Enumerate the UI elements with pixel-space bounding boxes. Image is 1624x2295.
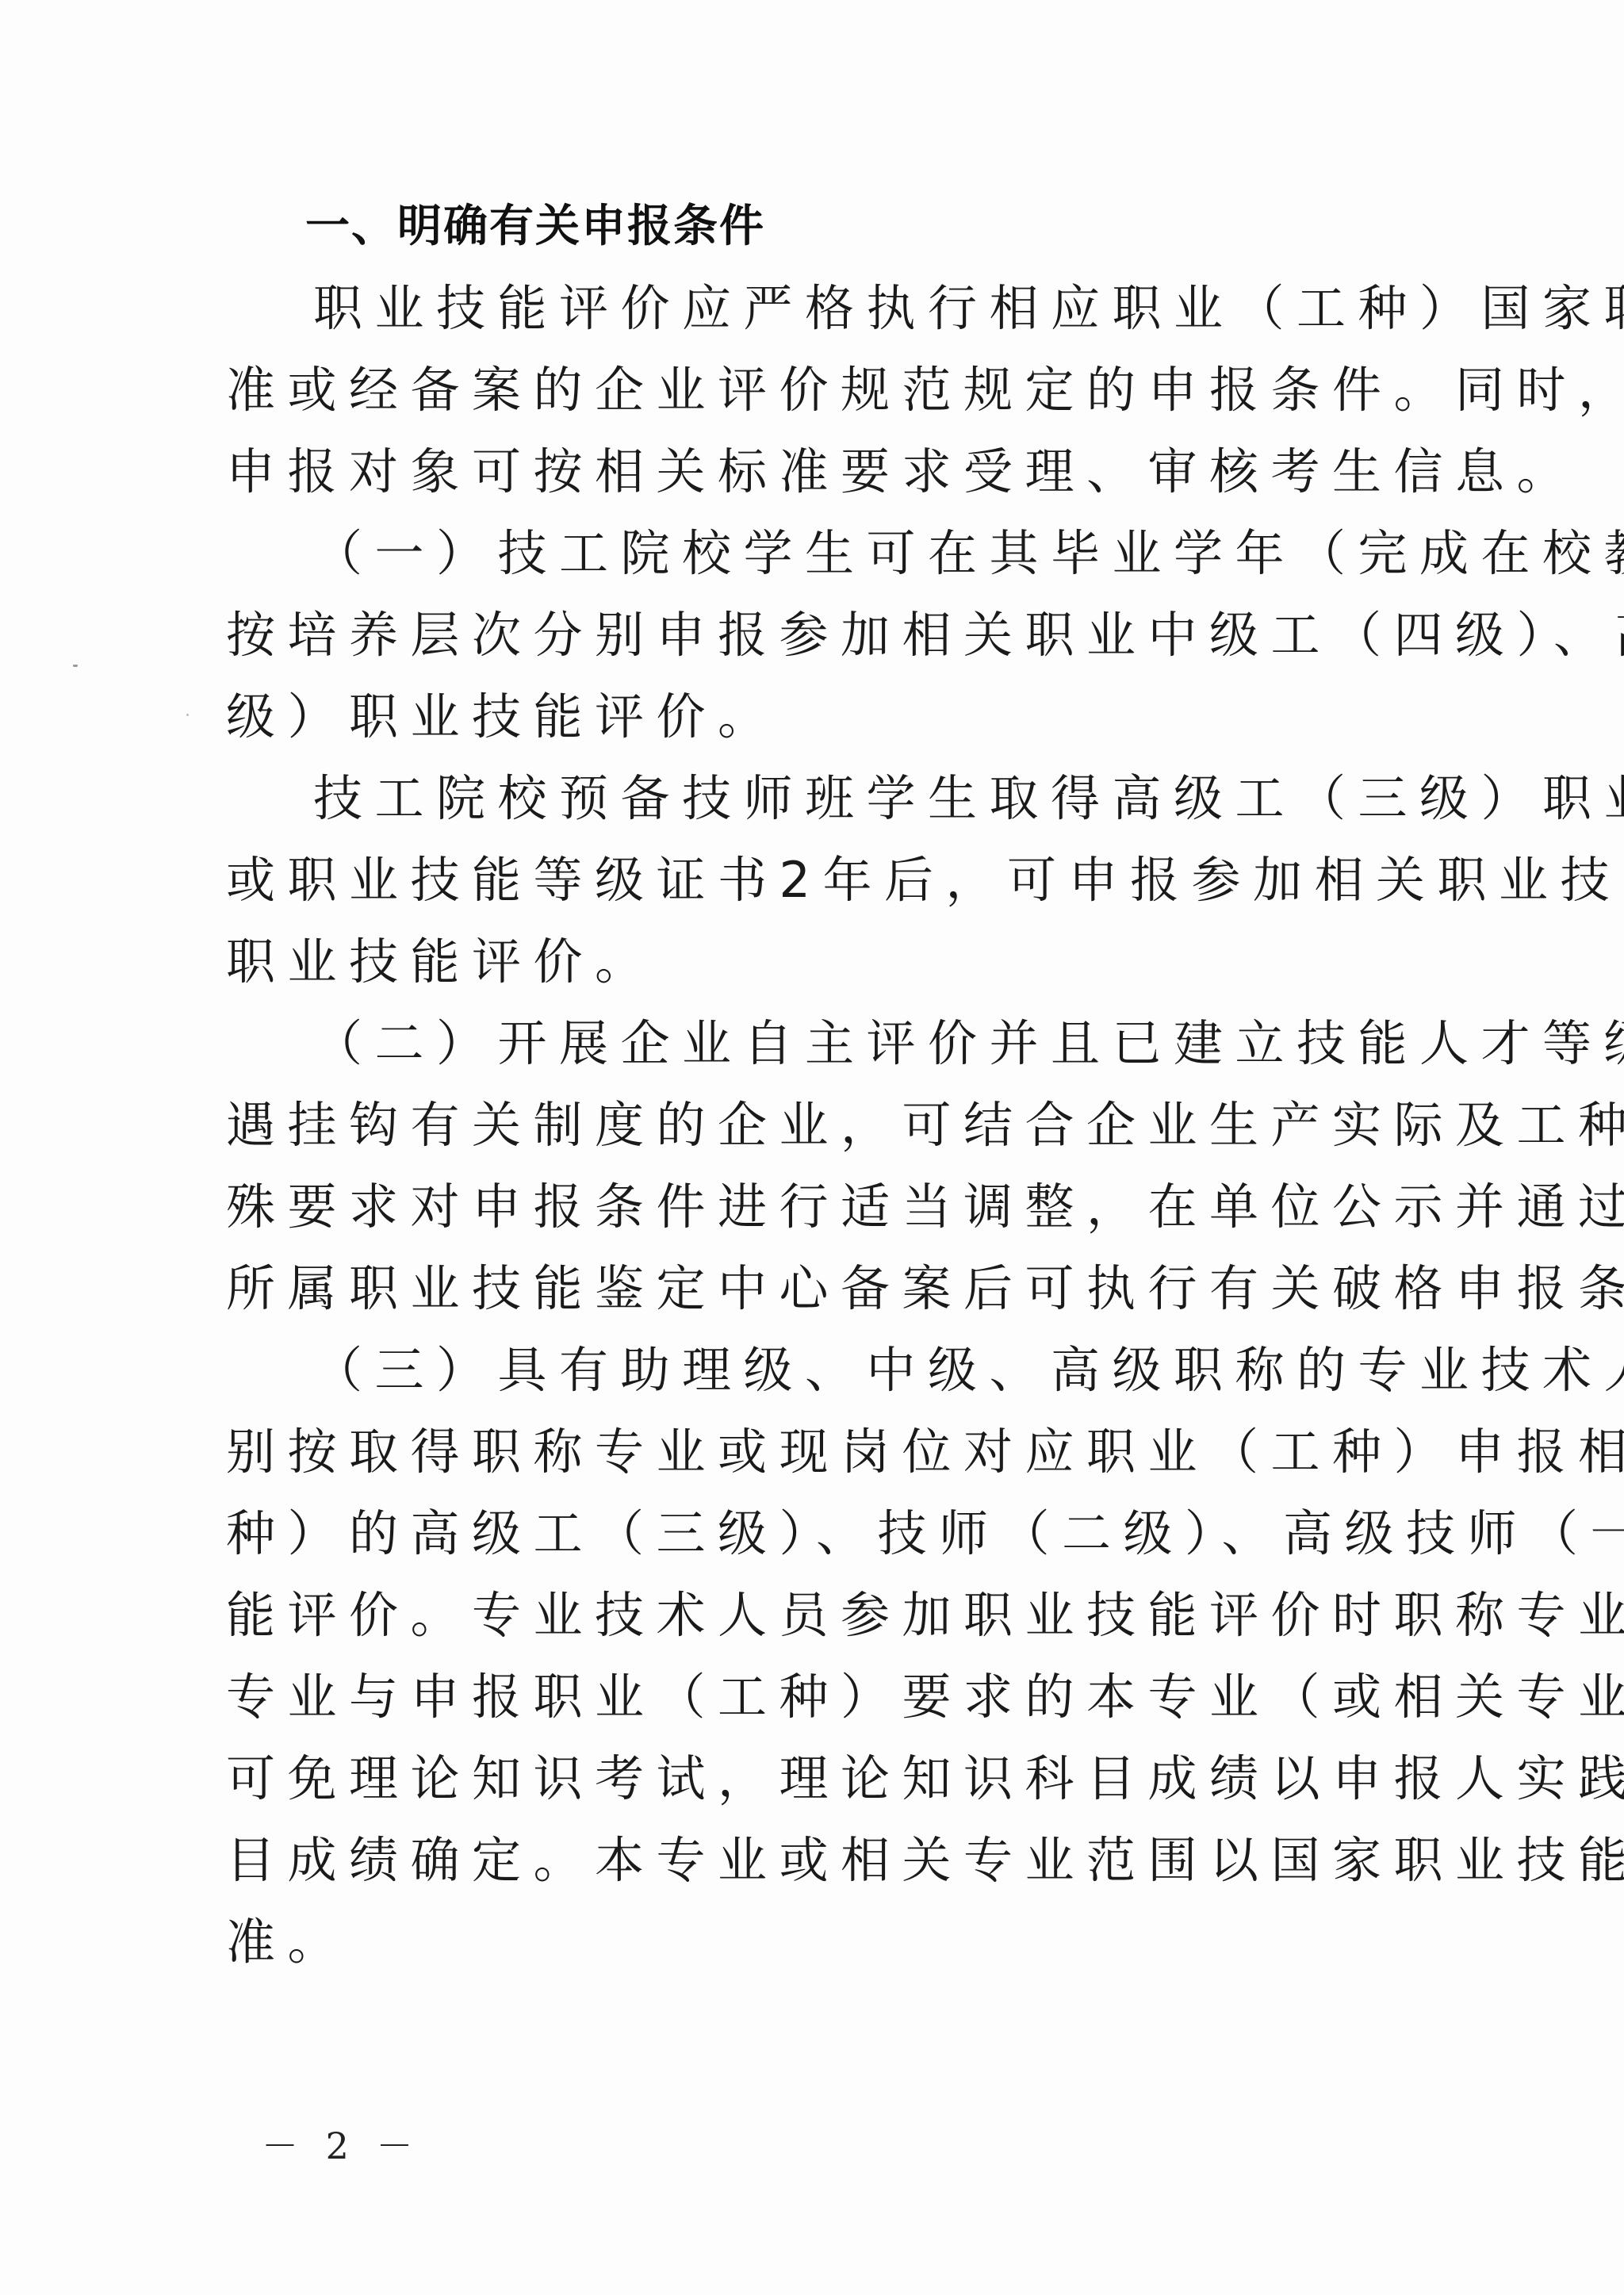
text-line: 申报对象可按相关标准要求受理、审核考生信息。 bbox=[226, 431, 1457, 512]
paragraph-application-conditions: 职业技能评价应严格执行相应职业（工种）国家职业技能标 准或经备案的企业评价规范规… bbox=[226, 267, 1457, 512]
paragraph-item-2-enterprise-evaluation: （二）开展企业自主评价并且已建立技能人才等级与薪酬待 遇挂钩有关制度的企业，可结… bbox=[226, 1002, 1457, 1329]
text-line: 级）职业技能评价。 bbox=[226, 676, 1457, 757]
text-line: 种）的高级工（三级）、技师（二级）、高级技师（一级）职业技 bbox=[226, 1492, 1457, 1574]
text-line: 技工院校预备技师班学生取得高级工（三级）职业资格证书 bbox=[226, 757, 1457, 839]
text-line: 按培养层次分别申报参加相关职业中级工（四级）、高级工（三 bbox=[226, 594, 1457, 676]
text-line: 殊要求对申报条件进行适当调整，在单位公示并通过后，报监管 bbox=[226, 1166, 1457, 1247]
text-line: 或职业技能等级证书2年后，可申报参加相关职业技师（二级） bbox=[226, 839, 1457, 921]
text-line: 职业技能评价应严格执行相应职业（工种）国家职业技能标 bbox=[226, 267, 1457, 349]
text-line: 遇挂钩有关制度的企业，可结合企业生产实际及工种（岗位）特 bbox=[226, 1084, 1457, 1166]
text-line: （一）技工院校学生可在其毕业学年（完成在校教学计划） bbox=[226, 512, 1457, 594]
text-line: 准。 bbox=[226, 1901, 1457, 1983]
section-heading: 一、明确有关申报条件 bbox=[226, 186, 1457, 267]
paragraph-item-3-professional-technicians: （三）具有助理级、中级、高级职称的专业技术人员，可分 别按取得职称专业或现岗位对… bbox=[226, 1329, 1457, 1983]
text-line: 目成绩确定。本专业或相关专业范围以国家职业技能标准规定为 bbox=[226, 1819, 1457, 1901]
scan-speck bbox=[186, 714, 189, 716]
text-line: （二）开展企业自主评价并且已建立技能人才等级与薪酬待 bbox=[226, 1002, 1457, 1084]
paragraph-item-1-technical-school-students: （一）技工院校学生可在其毕业学年（完成在校教学计划） 按培养层次分别申报参加相关… bbox=[226, 512, 1457, 757]
text-line: 能评价。专业技术人员参加职业技能评价时职称专业或最高学历 bbox=[226, 1574, 1457, 1656]
text-line: 可免理论知识考试，理论知识科目成绩以申报人实践技能操作科 bbox=[226, 1738, 1457, 1819]
text-line: （三）具有助理级、中级、高级职称的专业技术人员，可分 bbox=[226, 1329, 1457, 1411]
text-line: 专业与申报职业（工种）要求的本专业（或相关专业）相一致的， bbox=[226, 1656, 1457, 1738]
paragraph-preparatory-technician-class: 技工院校预备技师班学生取得高级工（三级）职业资格证书 或职业技能等级证书2年后，… bbox=[226, 757, 1457, 1002]
document-body: 一、明确有关申报条件 职业技能评价应严格执行相应职业（工种）国家职业技能标 准或… bbox=[226, 186, 1457, 1983]
text-line: 别按取得职称专业或现岗位对应职业（工种）申报相应职业（工 bbox=[226, 1411, 1457, 1492]
text-line: 准或经备案的企业评价规范规定的申报条件。同时，对以下有关 bbox=[226, 349, 1457, 431]
page-number: － 2 － bbox=[262, 2117, 421, 2170]
scan-speck bbox=[73, 665, 78, 667]
text-line: 所属职业技能鉴定中心备案后可执行有关破格申报条件。 bbox=[226, 1247, 1457, 1329]
document-page: 一、明确有关申报条件 职业技能评价应严格执行相应职业（工种）国家职业技能标 准或… bbox=[0, 0, 1624, 2295]
text-line: 职业技能评价。 bbox=[226, 921, 1457, 1002]
